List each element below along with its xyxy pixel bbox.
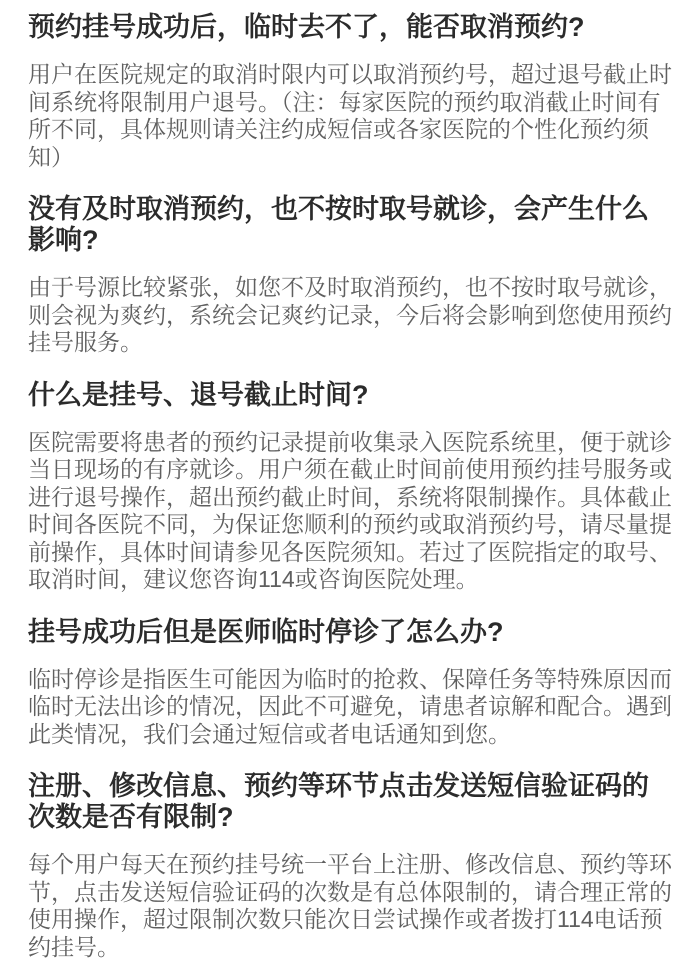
faq-answer: 用户在医院规定的取消时限内可以取消预约号，超过退号截止时间系统将限制用户退号。（… [28,61,672,171]
faq-question: 注册、修改信息、预约等环节点击发送短信验证码的次数是否有限制? [28,771,672,833]
faq-item-doctor-suspension: 挂号成功后但是医师临时停诊了怎么办? 临时停诊是指医生可能因为临时的抢救、保障任… [28,617,672,749]
faq-question: 预约挂号成功后，临时去不了，能否取消预约? [28,12,672,43]
faq-item-no-show-consequence: 没有及时取消预约，也不按时取号就诊，会产生什么影响? 由于号源比较紧张，如您不及… [28,194,672,357]
faq-answer: 每个用户每天在预约挂号统一平台上注册、修改信息、预约等环节，点击发送短信验证码的… [28,851,672,961]
faq-answer: 临时停诊是指医生可能因为临时的抢救、保障任务等特殊原因而临时无法出诊的情况，因此… [28,666,672,749]
faq-item-cancel-appointment: 预约挂号成功后，临时去不了，能否取消预约? 用户在医院规定的取消时限内可以取消预… [28,12,672,171]
faq-page: 预约挂号成功后，临时去不了，能否取消预约? 用户在医院规定的取消时限内可以取消预… [0,0,700,969]
faq-question: 什么是挂号、退号截止时间? [28,380,672,411]
faq-question: 没有及时取消预约，也不按时取号就诊，会产生什么影响? [28,194,672,256]
faq-question: 挂号成功后但是医师临时停诊了怎么办? [28,617,672,648]
faq-item-deadline-definition: 什么是挂号、退号截止时间? 医院需要将患者的预约记录提前收集录入医院系统里，便于… [28,380,672,594]
faq-item-sms-code-limit: 注册、修改信息、预约等环节点击发送短信验证码的次数是否有限制? 每个用户每天在预… [28,771,672,961]
faq-answer: 医院需要将患者的预约记录提前收集录入医院系统里，便于就诊当日现场的有序就诊。用户… [28,429,672,594]
faq-answer: 由于号源比较紧张，如您不及时取消预约，也不按时取号就诊，则会视为爽约，系统会记爽… [28,274,672,357]
